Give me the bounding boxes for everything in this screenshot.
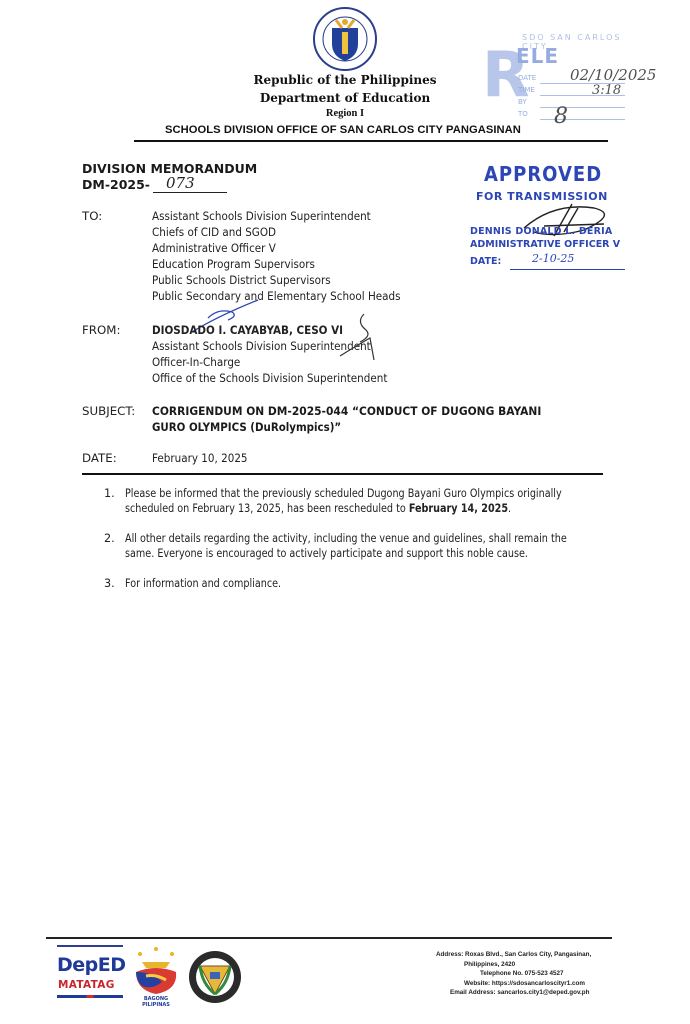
approved-stamp-title: APPROVED [484,162,602,186]
to-recipient: Assistant Schools Division Superintenden… [152,209,371,223]
from-name: DIOSDADO I. CAYABYAB, CESO VI [152,323,343,337]
subject-label: SUBJECT: [82,404,135,418]
to-recipient: Administrative Officer V [152,241,276,255]
header-office: SCHOOLS DIVISION OFFICE OF SAN CARLOS CI… [165,124,521,136]
footer-divider [46,937,612,939]
subject-line: CORRIGENDUM ON DM-2025-044 “CONDUCT OF D… [152,404,541,418]
matatag-logo-text: MATATAG [58,979,115,991]
paragraph-number: 3. [104,577,115,590]
header-divider [134,140,608,142]
from-title: Office of the Schools Division Superinte… [152,371,387,385]
paragraph-line: same. Everyone is encouraged to actively… [125,547,528,560]
rescheduled-date: February 14, 2025 [409,502,508,515]
date-divider [82,473,603,475]
memo-number-prefix: DM-2025- [82,177,150,192]
paragraph-suffix: . [508,502,511,515]
paragraph-line: Please be informed that the previously s… [125,487,562,500]
approved-date-line [510,269,625,270]
footer-website: Website: https://sdosancarloscityr1.com [420,979,606,989]
bagong-pilipinas-logo: BAGONG PILIPINAS [130,946,182,1006]
sender-signature-icon [330,312,380,362]
to-recipient: Public Schools District Supervisors [152,273,331,287]
matatag-logo-bar [57,995,123,998]
to-recipient: Education Program Supervisors [152,257,315,271]
body-paragraph-1: 1. Please be informed that the previousl… [104,487,604,521]
received-date-value: 02/10/2025 [570,66,656,84]
to-recipient: Public Secondary and Elementary School H… [152,289,401,303]
received-to-label: TO [518,110,528,118]
body-paragraph-3: 3. For information and compliance. [104,577,604,595]
paragraph-line: For information and compliance. [125,577,281,590]
bagong-pilipinas-emblem-icon [132,946,180,996]
date-label: DATE: [82,451,117,465]
from-title: Officer-In-Charge [152,355,240,369]
received-date-label: DATE [518,74,536,82]
approver-position: ADMINISTRATIVE OFFICER V [470,239,620,250]
footer-address: Address: Roxas Blvd., San Carlos City, P… [420,950,606,960]
received-to-line [540,119,625,120]
paragraph-number: 1. [104,487,115,500]
from-label: FROM: [82,323,120,337]
approved-date-label: DATE: [470,256,501,267]
subject-line: GURO OLYMPICS (DuRolympics)” [152,420,341,434]
approved-stamp-subtitle: FOR TRANSMISSION [476,190,608,203]
memo-number-line [153,192,227,193]
received-by-value: 8 [554,104,568,129]
to-label: TO: [82,209,102,223]
paragraph-text: scheduled on February 13, 2025, has been… [125,502,409,515]
bagong-pilipinas-text: BAGONG PILIPINAS [130,996,182,1008]
received-stamp-title: ELE [516,44,559,68]
footer-address-2: Philippines, 2420 [420,960,606,970]
approver-name: DENNIS DONALD L. DERIA [470,226,612,237]
received-by-line [540,107,625,108]
paragraph-line: All other details regarding the activity… [125,532,567,545]
received-stamp: SDO SAN CARLOS CITY R ELE DATE 02/10/202… [478,30,648,140]
date-value: February 10, 2025 [152,451,248,465]
deped-logo-bar [57,945,123,947]
footer-telephone: Telephone No. 075-523 4527 [420,969,606,979]
deped-seal-icon [312,6,378,72]
body-paragraph-2: 2. All other details regarding the activ… [104,532,604,566]
memo-number-value: 073 [166,174,195,192]
from-title: Assistant Schools Division Superintenden… [152,339,371,353]
paragraph-number: 2. [104,532,115,545]
paragraph-line: scheduled on February 13, 2025, has been… [125,502,511,515]
received-time-value: 3:18 [592,83,621,98]
received-time-label: TIME [518,86,535,94]
footer-email: Email Address: sancarlos.city1@deped.gov… [420,988,606,998]
received-by-label: BY [518,98,527,106]
deped-matatag-logo: DepED MATATAG [57,944,123,1002]
footer-contact-info: Address: Roxas Blvd., San Carlos City, P… [420,950,606,998]
sdo-san-carlos-seal-icon [188,950,242,1004]
approved-date-value: 2-10-25 [532,252,574,265]
deped-logo-text: DepED [57,954,126,976]
approved-stamp: APPROVED FOR TRANSMISSION DENNIS DONALD … [470,158,670,278]
to-recipient: Chiefs of CID and SGOD [152,225,276,239]
